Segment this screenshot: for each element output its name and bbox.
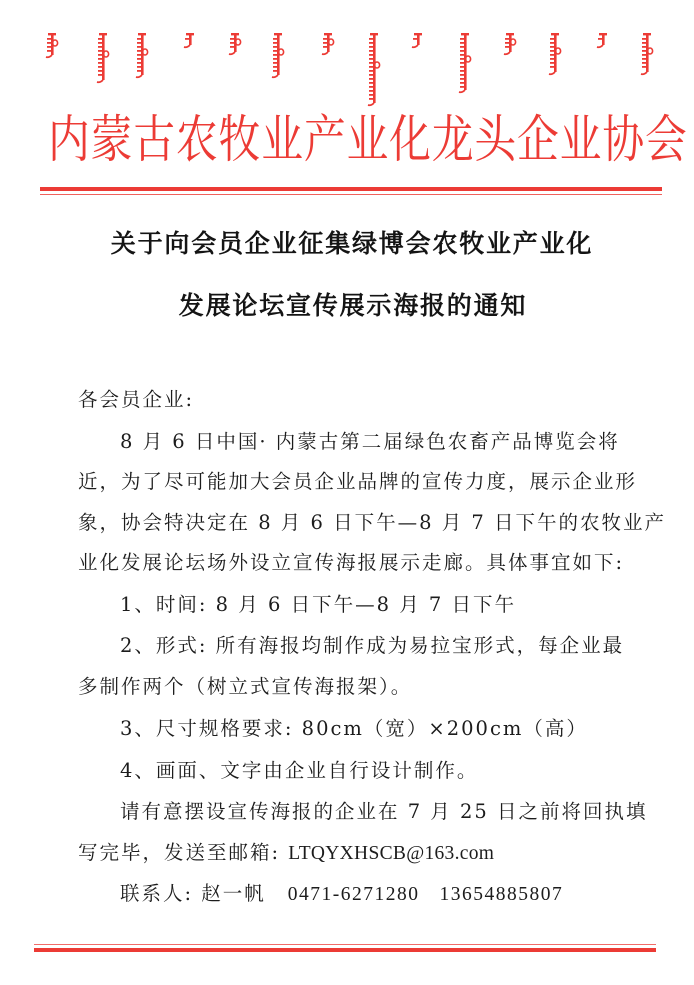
paragraph-line: 业化发展论坛场外设立宣传海报展示走廊。具体事宜如下: — [78, 549, 624, 577]
mongolian-word-icon — [548, 33, 562, 76]
contact-line: 联系人: 赵一帆0471-627128013654885807 — [120, 880, 563, 909]
mongolian-word-icon — [183, 33, 197, 49]
header-rule-thick — [40, 187, 662, 191]
organization-name: 内蒙古农牧业产业化龙头企业协会 — [48, 108, 652, 174]
contact-mobile: 13654885807 — [440, 884, 564, 905]
mongolian-word-icon — [596, 33, 610, 49]
mongolian-word-icon — [228, 33, 242, 56]
mongolian-word-icon — [503, 33, 517, 56]
notice-title-line-2: 发展论坛宣传展示海报的通知 — [6, 286, 694, 326]
document-page: 内蒙古农牧业产业化龙头企业协会 关于向会员企业征集绿博会农牧业产业化 发展论坛宣… — [0, 0, 694, 985]
email-address[interactable]: LTQYXHSCB@163.com — [288, 843, 494, 864]
footer-rule-thin — [34, 944, 656, 945]
mongolian-word-icon — [367, 33, 381, 107]
item-format-cont: 多制作两个（树立式宣传海报架）。 — [78, 673, 412, 701]
item-format: 2、形式: 所有海报均制作成为易拉宝形式，每企业最 — [120, 632, 624, 660]
mongolian-word-icon — [45, 33, 59, 59]
paragraph-line: 8 月 6 日中国· 内蒙古第二届绿色农畜产品博览会将 — [120, 428, 620, 456]
mongolian-word-icon — [271, 33, 285, 79]
mongolian-header — [0, 30, 694, 110]
contact-person: 联系人: 赵一帆 — [120, 882, 266, 905]
mongolian-word-icon — [135, 33, 149, 79]
footer-rule-thick — [34, 948, 656, 952]
notice-title-line-1: 关于向会员企业征集绿博会农牧业产业化 — [5, 224, 694, 264]
item-size: 3、尺寸规格要求: 80cm（宽）×200cm（高） — [120, 715, 588, 743]
mongolian-word-icon — [321, 33, 335, 56]
closing-line: 请有意摆设宣传海报的企业在 7 月 25 日之前将回执填 — [120, 798, 648, 826]
contact-phone: 0471-6271280 — [288, 884, 420, 905]
email-label: 写完毕，发送至邮箱: — [78, 841, 288, 864]
item-time: 1、时间: 8 月 6 日下午—8 月 7 日下午 — [120, 591, 516, 619]
mongolian-word-icon — [96, 33, 110, 84]
mongolian-word-icon — [411, 33, 425, 49]
item-design: 4、画面、文字由企业自行设计制作。 — [120, 757, 478, 785]
closing-line-email: 写完毕，发送至邮箱: LTQYXHSCB@163.com — [78, 839, 494, 868]
header-rule-thin — [40, 194, 662, 195]
salutation: 各会员企业: — [78, 386, 194, 414]
paragraph-line: 象，协会特决定在 8 月 6 日下午—8 月 7 日下午的农牧业产 — [78, 509, 666, 537]
paragraph-line: 近，为了尽可能加大会员企业品牌的宣传力度，展示企业形 — [78, 468, 637, 496]
mongolian-word-icon — [640, 33, 654, 76]
mongolian-word-icon — [458, 33, 472, 94]
organization-name-text: 内蒙古农牧业产业化龙头企业协会 — [48, 108, 688, 174]
